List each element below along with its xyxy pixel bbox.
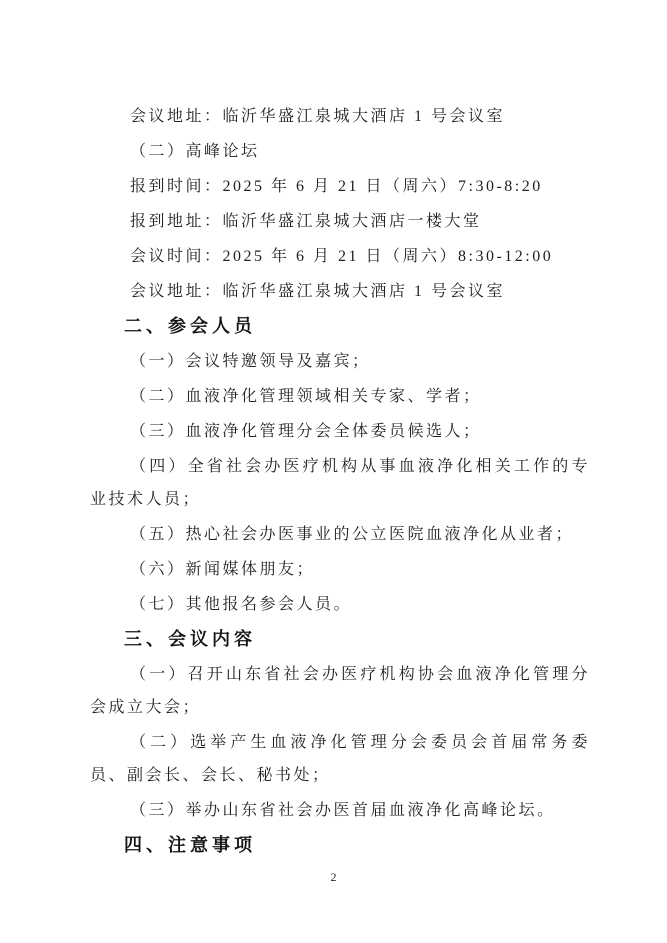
paragraph: 会议地址：临沂华盛江泉城大酒店 1 号会议室 [90,100,590,133]
paragraph: 报到地址：临沂华盛江泉城大酒店一楼大堂 [90,205,590,238]
paragraph: （五）热心社会办医事业的公立医院血液净化从业者； [90,518,590,551]
paragraph: 会议时间：2025 年 6 月 21 日（周六）8:30-12:00 [90,240,590,273]
paragraph: （二）高峰论坛 [90,135,590,168]
document-body: 会议地址：临沂华盛江泉城大酒店 1 号会议室（二）高峰论坛报到时间：2025 年… [90,100,590,864]
paragraph: （三）血液净化管理分会全体委员候选人； [90,415,590,448]
paragraph: （七）其他报名参会人员。 [90,588,590,621]
paragraph: （一）召开山东省社会办医疗机构协会血液净化管理分会成立大会； [90,658,590,724]
section-heading: 二、参会人员 [90,310,590,343]
paragraph: （一）会议特邀领导及嘉宾； [90,345,590,378]
paragraph: （六）新闻媒体朋友； [90,553,590,586]
page-number: 2 [0,870,667,885]
paragraph: （四）全省社会办医疗机构从事血液净化相关工作的专业技术人员； [90,450,590,516]
paragraph: （二）血液净化管理领域相关专家、学者； [90,380,590,413]
paragraph: 报到时间：2025 年 6 月 21 日（周六）7:30-8:20 [90,170,590,203]
paragraph: （三）举办山东省社会办医首届血液净化高峰论坛。 [90,794,590,827]
section-heading: 四、注意事项 [90,829,590,862]
paragraph: （二）选举产生血液净化管理分会委员会首届常务委员、副会长、会长、秘书处； [90,726,590,792]
paragraph: 会议地址：临沂华盛江泉城大酒店 1 号会议室 [90,275,590,308]
document-page: 会议地址：临沂华盛江泉城大酒店 1 号会议室（二）高峰论坛报到时间：2025 年… [0,0,667,943]
section-heading: 三、会议内容 [90,623,590,656]
